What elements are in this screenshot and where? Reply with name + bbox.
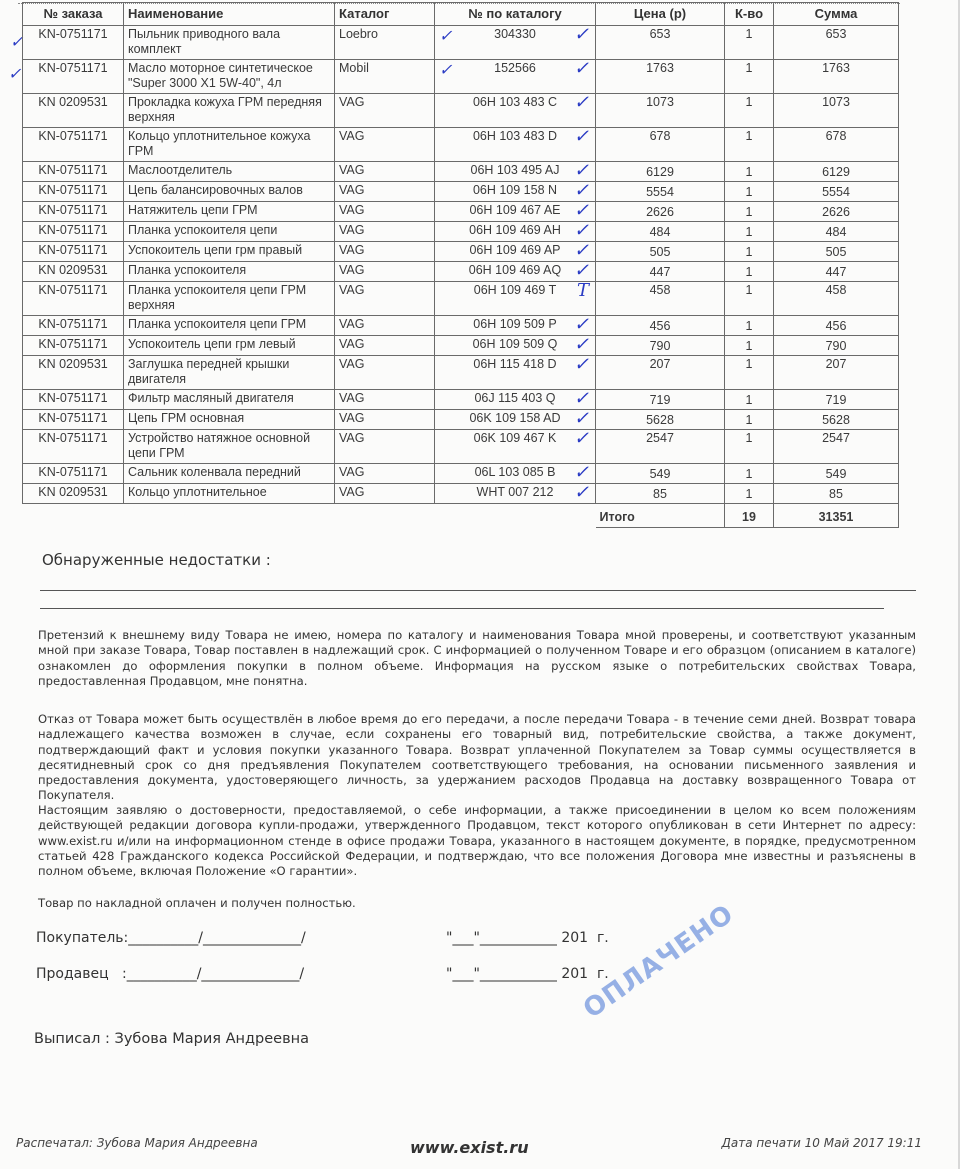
order-text: KN-0751171 [38, 317, 107, 331]
catalog-text: VAG [339, 129, 364, 143]
price-text: 505 [650, 245, 671, 259]
sum-text: 1763 [822, 61, 850, 75]
total-label: Итого [596, 504, 725, 528]
check-mark-icon: ✓ [574, 356, 589, 374]
catalog-text: VAG [339, 283, 364, 297]
cell-order: KN-0751171 [23, 242, 124, 262]
cell-order: KN-0751171 [23, 336, 124, 356]
cell-price: 653 [596, 26, 725, 60]
cell-part-number: 06K 109 467 K✓ [435, 430, 596, 464]
defects-line-2 [40, 608, 884, 609]
price-text: 5628 [646, 413, 674, 427]
price-text: 1763 [646, 61, 674, 75]
cell-part-number: 06H 109 469 TT [435, 282, 596, 316]
cell-price: 207 [596, 356, 725, 390]
part-number-text: 06H 103 483 C [473, 95, 557, 109]
name-text: Цепь ГРМ основная [128, 411, 244, 425]
cell-catalog: VAG [335, 94, 435, 128]
cell-name: Масло моторное синтетическое "Super 3000… [124, 60, 335, 94]
catalog-text: VAG [339, 465, 364, 479]
return-policy-paragraph: Отказ от Товара может быть осуществлён в… [38, 712, 916, 804]
col-price-header: Цена (р) [596, 3, 725, 26]
part-number-text: 06H 109 469 AH [469, 223, 561, 237]
order-text: KN-0751171 [38, 283, 107, 297]
check-mark-icon: ✓ [574, 464, 589, 482]
col-name-header: Наименование [124, 3, 335, 26]
order-text: KN 0209531 [38, 357, 108, 371]
price-text: 207 [650, 357, 671, 371]
order-text: KN-0751171 [38, 411, 107, 425]
qty-text: 1 [746, 357, 753, 371]
table-row: KN-0751171Сальник коленвала переднийVAG0… [23, 464, 899, 484]
table-header-row: № заказа Наименование Каталог № по катал… [23, 3, 899, 26]
cell-qty: 1 [725, 484, 774, 504]
cell-name: Натяжитель цепи ГРМ [124, 202, 335, 222]
table-row: KN 0209531Заглушка передней крышки двига… [23, 356, 899, 390]
cell-name: Кольцо уплотнительное кожуха ГРМ [124, 128, 335, 162]
cell-price: 505 [596, 242, 725, 262]
check-mark-icon: ✓ [574, 26, 589, 44]
cell-qty: 1 [725, 182, 774, 202]
cell-sum: 458 [774, 282, 899, 316]
qty-text: 1 [746, 205, 753, 219]
qty-text: 1 [746, 225, 753, 239]
qty-text: 1 [746, 61, 753, 75]
cell-price: 1073 [596, 94, 725, 128]
cell-catalog: Loebro [335, 26, 435, 60]
order-text: KN-0751171 [38, 431, 107, 445]
cell-qty: 1 [725, 430, 774, 464]
cell-part-number: 06H 109 509 Q✓ [435, 336, 596, 356]
qty-text: 1 [746, 393, 753, 407]
cell-order: KN-0751171 [23, 282, 124, 316]
cell-qty: 1 [725, 128, 774, 162]
price-text: 2626 [646, 205, 674, 219]
cell-qty: 1 [725, 60, 774, 94]
cell-catalog: VAG [335, 356, 435, 390]
sum-text: 85 [829, 487, 843, 501]
cell-part-number: 06H 115 418 D✓ [435, 356, 596, 390]
cell-sum: 447 [774, 262, 899, 282]
col-sum-header: Сумма [774, 3, 899, 26]
cell-name: Пыльник приводного вала комплект [124, 26, 335, 60]
cell-name: Успокоитель цепи грм левый [124, 336, 335, 356]
sum-text: 678 [826, 129, 847, 143]
cell-part-number: 304330✓✓ [435, 26, 596, 60]
name-text: Планка успокоителя цепи [128, 223, 277, 237]
catalog-text: VAG [339, 431, 364, 445]
check-mark-icon: ✓ [574, 242, 589, 260]
cell-order: KN 0209531 [23, 94, 124, 128]
qty-text: 1 [746, 413, 753, 427]
part-number-text: 06K 109 158 AD [469, 411, 560, 425]
cell-price: 678 [596, 128, 725, 162]
table-row: KN 0209531Кольцо уплотнительноеVAGWHT 00… [23, 484, 899, 504]
sum-text: 549 [826, 467, 847, 481]
cell-name: Маслоотделитель [124, 162, 335, 182]
part-number-text: 06H 109 158 N [473, 183, 557, 197]
price-text: 719 [650, 393, 671, 407]
name-text: Планка успокоителя цепи ГРМ верхняя [128, 283, 306, 312]
cell-name: Сальник коленвала передний [124, 464, 335, 484]
cell-catalog: VAG [335, 262, 435, 282]
footer-print-date: Дата печати 10 Май 2017 19:11 [721, 1136, 922, 1150]
cell-price: 447 [596, 262, 725, 282]
cell-qty: 1 [725, 202, 774, 222]
cell-qty: 1 [725, 162, 774, 182]
sum-text: 2626 [822, 205, 850, 219]
table-row: KN 0209531Прокладка кожуха ГРМ передняя … [23, 94, 899, 128]
paid-stamp: ОПЛАЧЕНО [578, 899, 740, 1025]
cell-catalog: VAG [335, 316, 435, 336]
cell-catalog: VAG [335, 484, 435, 504]
catalog-text: VAG [339, 95, 364, 109]
cell-name: Цепь ГРМ основная [124, 410, 335, 430]
cell-price: 2547 [596, 430, 725, 464]
catalog-text: VAG [339, 411, 364, 425]
cell-price: 484 [596, 222, 725, 242]
cell-price: 1763 [596, 60, 725, 94]
qty-text: 1 [746, 467, 753, 481]
check-mark-icon: ✓ [574, 430, 589, 448]
col-part-number-header: № по каталогу [435, 3, 596, 26]
cell-order: KN-0751171 [23, 202, 124, 222]
part-number-text: 06H 109 509 P [473, 317, 556, 331]
cell-part-number: 06L 103 085 B✓ [435, 464, 596, 484]
catalog-text: VAG [339, 223, 364, 237]
price-text: 456 [650, 319, 671, 333]
order-text: KN-0751171 [38, 61, 107, 75]
name-text: Прокладка кожуха ГРМ передняя верхняя [128, 95, 322, 124]
cell-price: 5628 [596, 410, 725, 430]
order-text: KN 0209531 [38, 485, 108, 499]
total-row: Итого 19 31351 [23, 504, 899, 528]
cell-catalog: VAG [335, 390, 435, 410]
cell-qty: 1 [725, 336, 774, 356]
catalog-text: VAG [339, 337, 364, 351]
table-row: KN-0751171Масло моторное синтетическое "… [23, 60, 899, 94]
cell-name: Планка успокоителя цепи [124, 222, 335, 242]
qty-text: 1 [746, 165, 753, 179]
cell-catalog: VAG [335, 336, 435, 356]
check-mark-icon: ✓ [574, 162, 589, 180]
check-mark-icon: ✓ [574, 128, 589, 146]
cell-qty: 1 [725, 390, 774, 410]
price-text: 790 [650, 339, 671, 353]
seller-signature-line: Продавец :__________/______________/ [36, 966, 304, 982]
part-number-text: WHT 007 212 [477, 485, 554, 499]
cell-catalog: VAG [335, 282, 435, 316]
order-text: KN-0751171 [38, 337, 107, 351]
name-text: Фильтр масляный двигателя [128, 391, 294, 405]
part-number-text: 06H 109 469 AQ [469, 263, 561, 277]
cell-order: KN-0751171 [23, 410, 124, 430]
cell-price: 6129 [596, 162, 725, 182]
cell-catalog: VAG [335, 162, 435, 182]
catalog-text: Mobil [339, 61, 369, 75]
order-text: KN 0209531 [38, 263, 108, 277]
cell-catalog: VAG [335, 222, 435, 242]
cell-part-number: 06H 109 469 AQ✓ [435, 262, 596, 282]
price-text: 447 [650, 265, 671, 279]
qty-text: 1 [746, 265, 753, 279]
cell-catalog: VAG [335, 182, 435, 202]
footer-printed-by: Распечатал: Зубова Мария Андреевна [16, 1136, 258, 1150]
cell-qty: 1 [725, 26, 774, 60]
order-text: KN-0751171 [38, 391, 107, 405]
table-row: KN-0751171МаслоотделительVAG06H 103 495 … [23, 162, 899, 182]
cell-name: Успокоитель цепи грм правый [124, 242, 335, 262]
check-mark-icon: ✓ [574, 222, 589, 240]
name-text: Планка успокоителя цепи ГРМ [128, 317, 306, 331]
cell-price: 85 [596, 484, 725, 504]
table-row: KN-0751171Фильтр масляный двигателяVAG06… [23, 390, 899, 410]
name-text: Заглушка передней крышки двигателя [128, 357, 289, 386]
price-text: 484 [650, 225, 671, 239]
part-number-text: 06K 109 467 K [474, 431, 557, 445]
cell-part-number: 06H 109 158 N✓ [435, 182, 596, 202]
cell-sum: 719 [774, 390, 899, 410]
cell-sum: 653 [774, 26, 899, 60]
cell-order: KN-0751171 [23, 60, 124, 94]
table-row: KN-0751171Планка успокоителя цепи ГРМVAG… [23, 316, 899, 336]
defects-line-1 [40, 590, 916, 591]
defects-label: Обнаруженные недостатки : [42, 551, 271, 569]
payment-confirmation: Товар по накладной оплачен и получен пол… [38, 896, 916, 911]
cell-name: Планка успокоителя цепи ГРМ [124, 316, 335, 336]
cell-order: KN-0751171 [23, 162, 124, 182]
t-mark-icon: T [577, 282, 589, 300]
order-text: KN-0751171 [38, 465, 107, 479]
order-text: KN-0751171 [38, 223, 107, 237]
name-text: Планка успокоителя [128, 263, 246, 277]
cell-sum: 85 [774, 484, 899, 504]
part-number-text: 06H 109 509 Q [473, 337, 558, 351]
cell-part-number: 06H 109 469 AH✓ [435, 222, 596, 242]
table-row: KN-0751171Планка успокоителя цепи ГРМ ве… [23, 282, 899, 316]
cell-qty: 1 [725, 94, 774, 128]
cell-order: KN-0751171 [23, 390, 124, 410]
cell-part-number: 06K 109 158 AD✓ [435, 410, 596, 430]
qty-text: 1 [746, 27, 753, 41]
cell-qty: 1 [725, 282, 774, 316]
cell-part-number: WHT 007 212✓ [435, 484, 596, 504]
acceptance-paragraph: Претензий к внешнему виду Товара не имею… [38, 628, 916, 689]
check-mark-icon: ✓ [574, 182, 589, 200]
cell-qty: 1 [725, 262, 774, 282]
order-text: KN-0751171 [38, 183, 107, 197]
cell-order: KN 0209531 [23, 484, 124, 504]
cell-price: 790 [596, 336, 725, 356]
name-text: Устройство натяжное основной цепи ГРМ [128, 431, 310, 460]
cell-order: KN-0751171 [23, 316, 124, 336]
sum-text: 790 [826, 339, 847, 353]
table-row: KN 0209531Планка успокоителяVAG06H 109 4… [23, 262, 899, 282]
sum-text: 719 [826, 393, 847, 407]
catalog-text: VAG [339, 317, 364, 331]
catalog-text: VAG [339, 485, 364, 499]
cell-sum: 790 [774, 336, 899, 356]
price-text: 678 [650, 129, 671, 143]
cell-part-number: 06J 115 403 Q✓ [435, 390, 596, 410]
check-mark-icon: ✓ [574, 390, 589, 408]
price-text: 6129 [646, 165, 674, 179]
table-row: KN-0751171Кольцо уплотнительное кожуха Г… [23, 128, 899, 162]
cell-order: KN-0751171 [23, 464, 124, 484]
order-text: KN 0209531 [38, 95, 108, 109]
cell-catalog: VAG [335, 242, 435, 262]
cell-order: KN-0751171 [23, 26, 124, 60]
sum-text: 447 [826, 265, 847, 279]
cell-part-number: 06H 103 483 C✓ [435, 94, 596, 128]
check-mark-icon: ✓ [574, 336, 589, 354]
cell-order: KN 0209531 [23, 356, 124, 390]
part-number-text: 304330 [494, 27, 536, 41]
cell-price: 456 [596, 316, 725, 336]
table-row: KN-0751171Успокоитель цепи грм левыйVAG0… [23, 336, 899, 356]
part-number-text: 06H 103 495 AJ [471, 163, 560, 177]
cell-qty: 1 [725, 242, 774, 262]
name-text: Сальник коленвала передний [128, 465, 301, 479]
sum-text: 458 [826, 283, 847, 297]
cell-order: KN-0751171 [23, 430, 124, 464]
buyer-date-line: "___"___________ 201 г. [446, 930, 609, 946]
cell-sum: 5628 [774, 410, 899, 430]
part-number-text: 06H 109 469 AP [469, 243, 560, 257]
cell-sum: 1763 [774, 60, 899, 94]
sum-text: 5554 [822, 185, 850, 199]
catalog-text: VAG [339, 203, 364, 217]
part-number-text: 152566 [494, 61, 536, 75]
cell-part-number: 06H 109 509 P✓ [435, 316, 596, 336]
catalog-text: Loebro [339, 27, 378, 41]
sum-text: 484 [826, 225, 847, 239]
check-mark-icon: ✓ [439, 28, 452, 43]
price-text: 2547 [646, 431, 674, 445]
catalog-text: VAG [339, 163, 364, 177]
name-text: Кольцо уплотнительное кожуха ГРМ [128, 129, 310, 158]
qty-text: 1 [746, 283, 753, 297]
cell-sum: 505 [774, 242, 899, 262]
check-mark-icon: ✓ [574, 202, 589, 220]
check-mark-icon: ✓ [574, 262, 589, 280]
part-number-text: 06J 115 403 Q [474, 391, 555, 405]
cell-sum: 6129 [774, 162, 899, 182]
price-text: 458 [650, 283, 671, 297]
order-text: KN-0751171 [38, 129, 107, 143]
cell-name: Цепь балансировочных валов [124, 182, 335, 202]
sum-text: 2547 [822, 431, 850, 445]
part-number-text: 06H 109 467 AE [469, 203, 560, 217]
check-mark-icon: ✓ [574, 94, 589, 112]
table-row: KN-0751171Цепь балансировочных валовVAG0… [23, 182, 899, 202]
check-mark-icon: ✓ [574, 316, 589, 334]
col-order-header: № заказа [23, 3, 124, 26]
cell-sum: 1073 [774, 94, 899, 128]
catalog-text: VAG [339, 263, 364, 277]
cell-part-number: 06H 103 495 AJ✓ [435, 162, 596, 182]
cell-name: Планка успокоителя цепи ГРМ верхняя [124, 282, 335, 316]
name-text: Цепь балансировочных валов [128, 183, 303, 197]
cell-part-number: 06H 103 483 D✓ [435, 128, 596, 162]
cell-name: Устройство натяжное основной цепи ГРМ [124, 430, 335, 464]
table-row: KN-0751171Натяжитель цепи ГРМVAG06H 109 … [23, 202, 899, 222]
table-row: KN-0751171Успокоитель цепи грм правыйVAG… [23, 242, 899, 262]
cell-catalog: VAG [335, 410, 435, 430]
table-row: KN-0751171Планка успокоителя цепиVAG06H … [23, 222, 899, 242]
footer-site-link[interactable]: www.exist.ru [410, 1138, 529, 1157]
issued-by: Выписал : Зубова Мария Андреевна [34, 1031, 309, 1047]
order-text: KN-0751171 [38, 27, 107, 41]
qty-text: 1 [746, 431, 753, 445]
cell-name: Прокладка кожуха ГРМ передняя верхняя [124, 94, 335, 128]
qty-text: 1 [746, 339, 753, 353]
price-text: 549 [650, 467, 671, 481]
cell-name: Фильтр масляный двигателя [124, 390, 335, 410]
sum-text: 653 [826, 27, 847, 41]
total-qty: 19 [725, 504, 774, 528]
check-mark-icon: ✓ [574, 484, 589, 502]
cell-sum: 678 [774, 128, 899, 162]
invoice-table: № заказа Наименование Каталог № по катал… [22, 2, 899, 528]
price-text: 653 [650, 27, 671, 41]
cell-qty: 1 [725, 356, 774, 390]
catalog-text: VAG [339, 357, 364, 371]
cell-qty: 1 [725, 222, 774, 242]
cell-order: KN 0209531 [23, 262, 124, 282]
order-text: KN-0751171 [38, 203, 107, 217]
cell-sum: 549 [774, 464, 899, 484]
catalog-text: VAG [339, 183, 364, 197]
sum-text: 6129 [822, 165, 850, 179]
name-text: Кольцо уплотнительное [128, 485, 267, 499]
cell-name: Планка успокоителя [124, 262, 335, 282]
cell-sum: 5554 [774, 182, 899, 202]
qty-text: 1 [746, 185, 753, 199]
total-sum: 31351 [774, 504, 899, 528]
sum-text: 456 [826, 319, 847, 333]
sum-text: 1073 [822, 95, 850, 109]
cell-part-number: 06H 109 467 AE✓ [435, 202, 596, 222]
cell-qty: 1 [725, 410, 774, 430]
part-number-text: 06H 109 469 T [474, 283, 556, 297]
cell-name: Заглушка передней крышки двигателя [124, 356, 335, 390]
cell-price: 5554 [596, 182, 725, 202]
margin-check-icon: ✓ [8, 64, 21, 83]
table-row: KN-0751171Цепь ГРМ основнаяVAG06K 109 15… [23, 410, 899, 430]
cell-catalog: Mobil [335, 60, 435, 94]
check-mark-icon: ✓ [574, 60, 589, 78]
part-number-text: 06L 103 085 B [475, 465, 556, 479]
sum-text: 5628 [822, 413, 850, 427]
name-text: Успокоитель цепи грм левый [128, 337, 296, 351]
buyer-signature-line: Покупатель:__________/______________/ [36, 930, 306, 946]
catalog-text: VAG [339, 243, 364, 257]
col-qty-header: К-во [725, 3, 774, 26]
cell-name: Кольцо уплотнительное [124, 484, 335, 504]
catalog-text: VAG [339, 391, 364, 405]
cell-price: 549 [596, 464, 725, 484]
table-row: KN-0751171Устройство натяжное основной ц… [23, 430, 899, 464]
name-text: Пыльник приводного вала комплект [128, 27, 280, 56]
part-number-text: 06H 103 483 D [473, 129, 557, 143]
cell-sum: 456 [774, 316, 899, 336]
qty-text: 1 [746, 319, 753, 333]
sum-text: 505 [826, 245, 847, 259]
name-text: Успокоитель цепи грм правый [128, 243, 302, 257]
order-text: KN-0751171 [38, 243, 107, 257]
cell-price: 719 [596, 390, 725, 410]
